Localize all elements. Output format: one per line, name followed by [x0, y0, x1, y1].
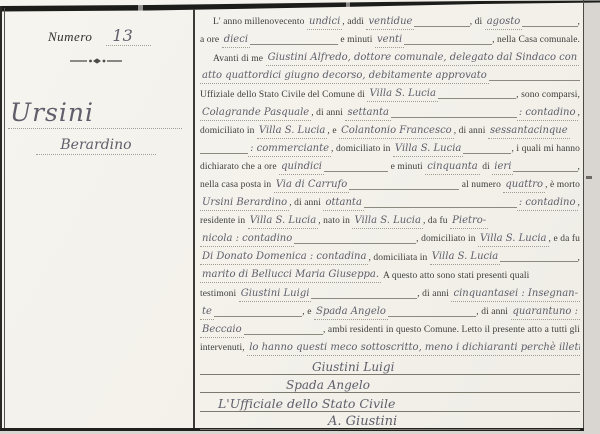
handwritten-text: Villa S. Lucia — [352, 214, 422, 229]
handwritten-text: Spada Angelo — [314, 305, 388, 320]
handwritten-text: : contadino — [517, 196, 578, 211]
handwritten-text: ottanta — [323, 196, 363, 211]
printed-text: , ambi residenti in questo Comune. Letto… — [323, 324, 580, 338]
handwritten-text: Ursini Berardino — [200, 196, 289, 211]
printed-text: , domiciliata in — [368, 252, 429, 266]
document-line: Uffiziale dello Stato Civile del Comune … — [200, 84, 580, 102]
printed-text: domiciliato in — [200, 125, 257, 139]
document-line: : commerciante, domiciliato in Villa S. … — [200, 139, 580, 157]
handwritten-text: cinquantasei : Insegnan- — [451, 287, 580, 302]
handwritten-text: venti — [375, 33, 404, 48]
numero-value: 13 — [106, 26, 150, 46]
printed-text: , di anni — [476, 306, 510, 320]
handwritten-text: Villa S. Lucia — [393, 142, 463, 157]
printed-text: , da fu — [423, 215, 450, 229]
handwritten-text: Villa S. Lucia — [248, 214, 318, 229]
signature-text: A. Giustini — [328, 414, 397, 429]
document-line: intervenuti, lo hanno questi meco sottos… — [200, 338, 580, 356]
document-line: L' anno millenovecento undici, addì vent… — [200, 12, 580, 30]
document-line: nella casa posta in Via di Carrufo al nu… — [200, 175, 580, 193]
blank-rule — [349, 188, 459, 190]
handwritten-text: quarantuno : — [511, 305, 580, 320]
handwritten-text: Via di Carrufo — [274, 178, 350, 193]
document-line: Colagrande Pasquale, di anni settanta: c… — [200, 102, 580, 120]
handwritten-text: Pietro- — [450, 214, 488, 229]
handwritten-text: atto quattordici giugno decorso, debitam… — [200, 69, 489, 84]
printed-text: L' anno millenovecento — [213, 16, 307, 30]
printed-text: intervenuti, — [200, 342, 247, 356]
document-line: residente in Villa S. Lucia, nato in Vil… — [200, 211, 580, 229]
handwritten-text: Colantonio Francesco — [339, 124, 454, 139]
printed-text: nella casa posta in — [200, 179, 274, 193]
handwritten-text: Beccaio — [200, 323, 244, 338]
blank-rule — [489, 79, 580, 81]
printed-text: , di — [470, 16, 485, 30]
printed-text: , — [578, 252, 580, 266]
printed-text: , — [578, 197, 580, 211]
printed-text: , e — [302, 306, 314, 320]
margin-column: Numero 13 Ursini Berardino — [8, 16, 188, 155]
signature-row: Giustini Luigi — [200, 356, 580, 375]
blank-rule — [522, 25, 577, 27]
record-number-row: Numero 13 — [8, 26, 188, 46]
blank-rule — [250, 43, 338, 45]
document-line: a ore dieci e minuti venti, nella Casa c… — [200, 30, 580, 48]
printed-text: , — [578, 16, 580, 30]
printed-text: A questo atto sono stati presenti quali — [381, 270, 529, 284]
printed-text: , domiciliato in — [416, 233, 478, 247]
printed-text: Uffiziale dello Stato Civile del Comune … — [200, 89, 367, 103]
handwritten-text: quindici — [279, 160, 324, 175]
document-line: marito di Bellucci Maria Giuseppa. A que… — [200, 265, 580, 283]
printed-text: , addì — [342, 16, 366, 30]
handwritten-text: : contadino — [517, 106, 578, 121]
ornament-divider-icon — [70, 56, 122, 66]
scan-edge-mark — [586, 176, 592, 179]
signature-row: Spada Angelo — [200, 375, 580, 394]
handwritten-text: lo hanno questi meco sottoscritto, meno … — [247, 341, 580, 356]
printed-text: , di anni — [417, 288, 451, 302]
document-line: Ursini Berardino, di anni ottanta: conta… — [200, 193, 580, 211]
printed-text: e minuti — [388, 161, 425, 175]
handwritten-text: Villa S. Lucia — [367, 87, 437, 102]
printed-text: e minuti — [338, 34, 375, 48]
printed-text: , — [578, 107, 580, 121]
document-scan: Numero 13 Ursini Berardino L' anno mille… — [0, 0, 600, 434]
column-divider — [193, 9, 195, 431]
blank-rule — [364, 206, 517, 208]
printed-text: al numero — [459, 179, 503, 193]
handwritten-text: cinquanta — [425, 160, 479, 175]
handwritten-text: sessantacinque — [488, 124, 570, 139]
blank-rule — [324, 170, 388, 172]
handwritten-text: Villa S. Lucia — [257, 124, 327, 139]
printed-text: , — [578, 161, 580, 175]
blank-rule — [414, 25, 469, 27]
blank-rule — [513, 170, 577, 172]
signature-text: Spada Angelo — [286, 378, 370, 392]
document-line: dichiarato che a ore quindici e minuti c… — [200, 157, 580, 175]
printed-text: testimoni — [200, 288, 239, 302]
handwritten-text: settanta — [345, 106, 390, 121]
signature-row: L'Ufficiale dello Stato Civile — [200, 393, 580, 412]
printed-text: , e da fu — [549, 233, 581, 247]
handwritten-text: Giustini Luigi — [239, 287, 312, 302]
document-line: Di Donato Domenica : contadina, domicili… — [200, 247, 580, 265]
blank-rule — [500, 260, 577, 262]
printed-text: Avanti di me — [213, 53, 266, 67]
printed-text: dichiarato che a ore — [200, 161, 279, 175]
document-line: Beccaio, ambi residenti in questo Comune… — [200, 320, 580, 338]
deceased-givenname: Berardino — [36, 137, 156, 155]
handwritten-text: undici — [307, 15, 342, 30]
document-line: atto quattordici giugno decorso, debitam… — [200, 66, 580, 84]
handwritten-text: Villa S. Lucia — [430, 250, 500, 265]
blank-rule — [438, 97, 516, 99]
document-line: te, e Spada Angelo, di anni quarantuno : — [200, 302, 580, 320]
handwritten-text: ventidue — [366, 15, 414, 30]
printed-text: , di anni — [454, 125, 488, 139]
blank-rule — [311, 297, 417, 299]
printed-text: a ore — [200, 34, 222, 48]
deceased-surname: Ursini — [8, 97, 182, 129]
handwritten-text: : commerciante — [248, 142, 331, 157]
blank-rule — [244, 333, 323, 335]
printed-text: di — [480, 161, 493, 175]
printed-text: , domiciliato in — [331, 143, 393, 157]
printed-text: , i quali mi hanno — [511, 143, 580, 157]
blank-rule — [388, 315, 476, 317]
printed-text: , nato in — [318, 215, 352, 229]
blank-rule — [404, 43, 492, 45]
printed-text: , sono comparsi, — [516, 89, 580, 103]
printed-text: , di anni — [289, 197, 323, 211]
handwritten-text: Di Donato Domenica : contadina — [200, 250, 368, 265]
printed-text: , e — [327, 125, 339, 139]
document-line: nicola : contadino, domiciliato in Villa… — [200, 229, 580, 247]
record-body: L' anno millenovecento undici, addì vent… — [200, 12, 580, 356]
handwritten-text: Villa S. Lucia — [478, 232, 548, 247]
handwritten-text: te — [200, 305, 214, 320]
blank-rule — [391, 116, 517, 118]
left-border-inner — [4, 8, 5, 431]
blank-rule — [463, 152, 511, 154]
signature-row: A. Giustini — [200, 412, 580, 431]
printed-text: , è morto — [545, 179, 580, 193]
numero-label: Numero — [48, 29, 92, 45]
left-border — [0, 6, 2, 431]
signature-block: Giustini LuigiSpada AngeloL'Ufficiale de… — [200, 356, 580, 430]
handwritten-text: Giustini Alfredo, dottore comunale, dele… — [266, 51, 580, 66]
signature-text: Giustini Luigi — [312, 360, 394, 374]
handwritten-text: quattro — [503, 178, 545, 193]
printed-text: , nella Casa comunale. — [492, 34, 580, 48]
handwritten-text: nicola : contadino — [200, 232, 294, 247]
right-border — [583, 0, 584, 431]
blank-rule — [214, 315, 302, 317]
handwritten-text: agosto — [485, 15, 523, 30]
document-line: Avanti di me Giustini Alfredo, dottore c… — [200, 48, 580, 66]
document-line: testimoni Giustini Luigi, di anni cinqua… — [200, 283, 580, 301]
handwritten-text: ieri — [492, 160, 513, 175]
signature-text: L'Ufficiale dello Stato Civile — [218, 396, 395, 411]
blank-rule — [200, 152, 248, 154]
document-line: domiciliato in Villa S. Lucia, e Colanto… — [200, 121, 580, 139]
handwritten-text: Colagrande Pasquale — [200, 106, 311, 121]
handwritten-text: dieci — [222, 33, 250, 48]
printed-text: , di anni — [311, 107, 345, 121]
handwritten-text: marito di Bellucci Maria Giuseppa. — [200, 268, 381, 283]
blank-rule — [294, 242, 416, 244]
printed-text: residente in — [200, 215, 248, 229]
